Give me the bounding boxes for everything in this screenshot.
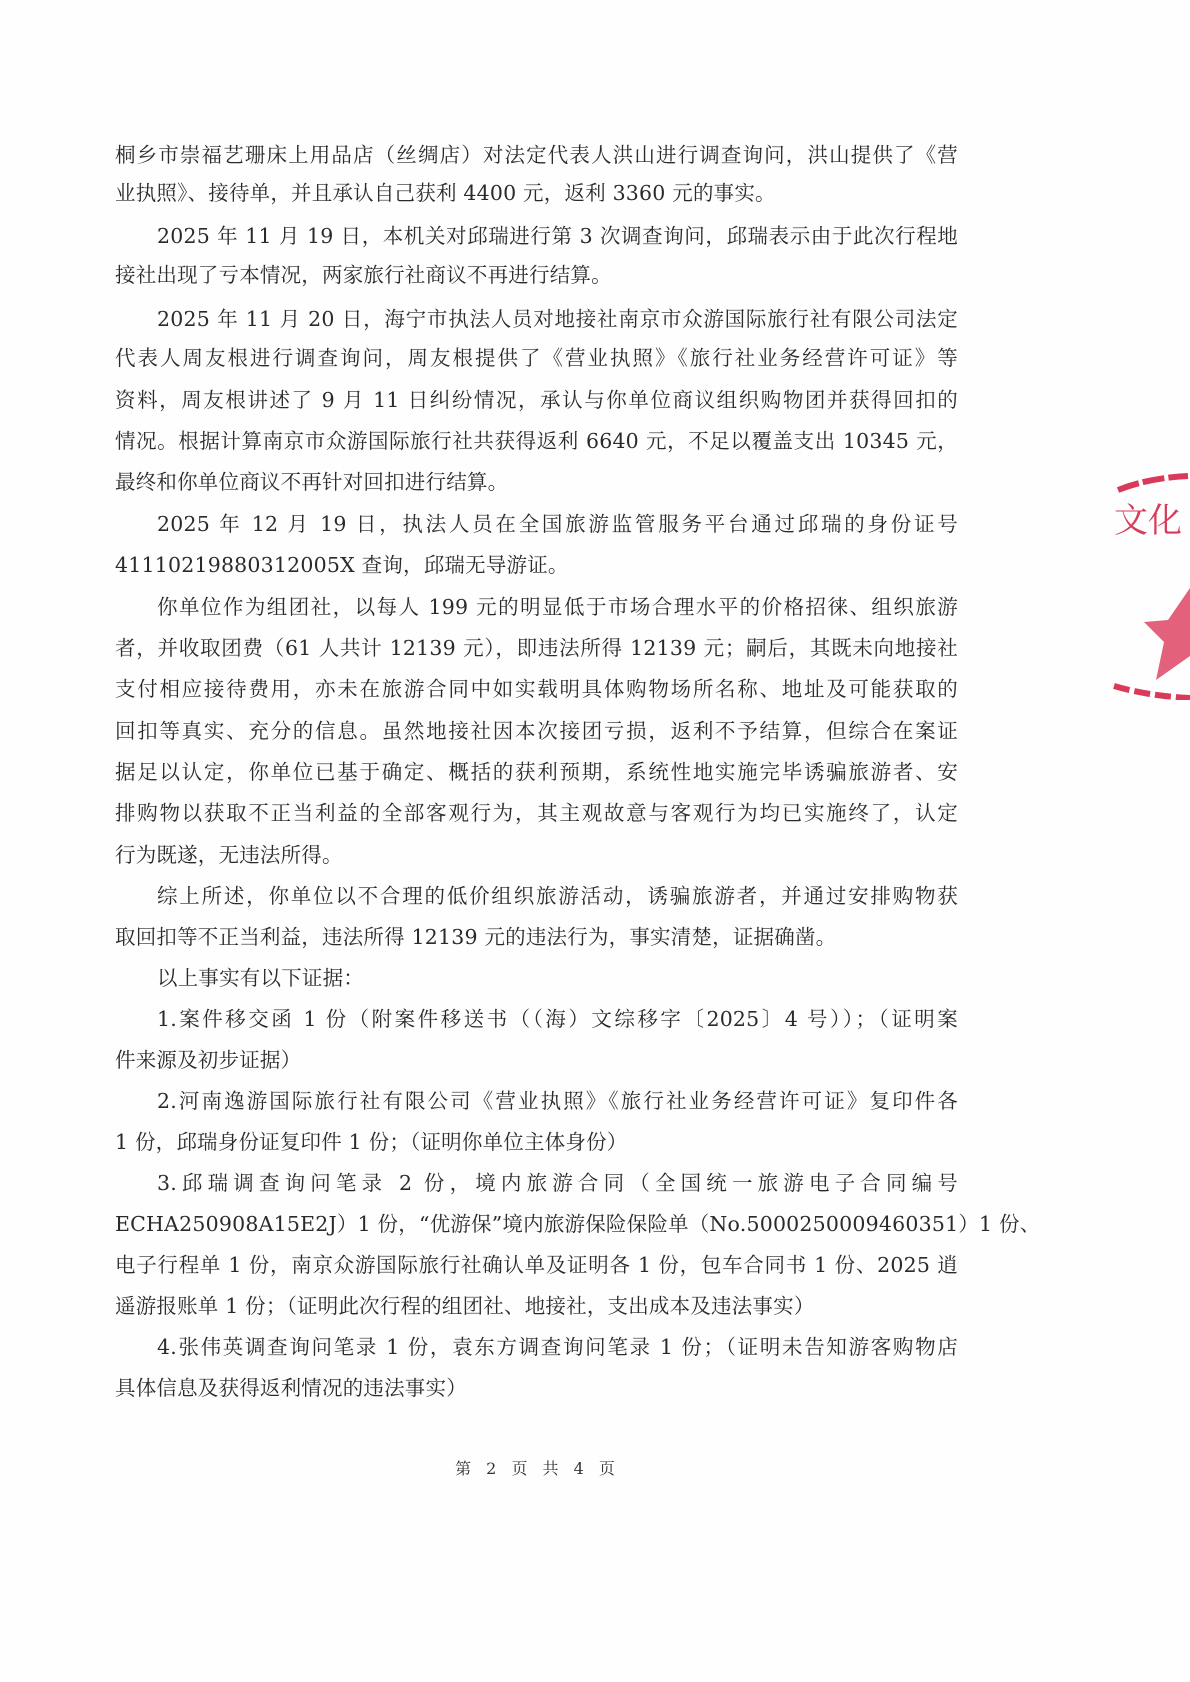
text-line: 具体信息及获得返利情况的违法事实） — [115, 1373, 958, 1403]
text-line: 支付相应接待费用，亦未在旅游合同中如实载明具体购物场所名称、地址及可能获取的 — [115, 674, 958, 704]
text-line: 4.张伟英调查询问笔录 1 份，袁东方调查询问笔录 1 份；（证明未告知游客购物… — [157, 1332, 958, 1362]
text-line: 情况。根据计算南京市众游国际旅行社共获得返利 6640 元，不足以覆盖支出 10… — [115, 426, 958, 456]
text-line: 者，并收取团费（61 人共计 12139 元），即违法所得 12139 元；嗣后… — [115, 633, 958, 663]
text-line: 行为既遂，无违法所得。 — [115, 840, 958, 870]
text-line: 排购物以获取不正当利益的全部客观行为，其主观故意与客观行为均已实施终了，认定 — [115, 798, 958, 828]
page-number: 第 2 页 共 4 页 — [0, 1456, 1075, 1479]
text-line: 代表人周友根进行调查询问，周友根提供了《营业执照》《旅行社业务经营许可证》等 — [115, 343, 958, 373]
text-line: ECHA250908A15E2J）1 份，“优游保”境内旅游保险保险单（No.5… — [115, 1209, 958, 1239]
text-line: 2025 年 11 月 20 日，海宁市执法人员对地接社南京市众游国际旅行社有限… — [157, 304, 958, 334]
document-page: 桐乡市崇福艺珊床上用品店（丝绸店）对法定代表人洪山进行调查询问，洪山提供了《营 … — [0, 0, 1190, 1682]
text-line: 2.河南逸游国际旅行社有限公司《营业执照》《旅行社业务经营许可证》复印件各 — [157, 1086, 958, 1116]
text-line: 桐乡市崇福艺珊床上用品店（丝绸店）对法定代表人洪山进行调查询问，洪山提供了《营 — [115, 140, 958, 170]
text-line: 以上事实有以下证据： — [157, 963, 958, 993]
text-line: 遥游报账单 1 份；（证明此次行程的组团社、地接社，支出成本及违法事实） — [115, 1291, 958, 1321]
official-seal-stamp-icon: 文化 — [1108, 470, 1190, 700]
text-line: 电子行程单 1 份，南京众游国际旅行社确认单及证明各 1 份，包车合同书 1 份… — [115, 1250, 958, 1280]
text-line: 据足以认定，你单位已基于确定、概括的获利预期，系统性地实施完毕诱骗旅游者、安 — [115, 757, 958, 787]
text-line: 1 份，邱瑞身份证复印件 1 份；（证明你单位主体身份） — [115, 1127, 958, 1157]
text-line: 41110219880312005X 查询，邱瑞无导游证。 — [115, 550, 958, 580]
text-line: 2025 年 12 月 19 日，执法人员在全国旅游监管服务平台通过邱瑞的身份证… — [157, 509, 958, 539]
text-line: 综上所述，你单位以不合理的低价组织旅游活动，诱骗旅游者，并通过安排购物获 — [157, 881, 958, 911]
text-line: 回扣等真实、充分的信息。虽然地接社因本次接团亏损，返利不予结算，但综合在案证 — [115, 716, 958, 746]
text-line: 1.案件移交函 1 份（附案件移送书（（海）文综移字〔2025〕4 号））；（证… — [157, 1004, 958, 1034]
text-line: 你单位作为组团社，以每人 199 元的明显低于市场合理水平的价格招徕、组织旅游 — [157, 592, 958, 622]
text-line: 业执照》、接待单，并且承认自己获利 4400 元，返利 3360 元的事实。 — [115, 178, 958, 208]
text-line: 取回扣等不正当利益，违法所得 12139 元的违法行为，事实清楚，证据确凿。 — [115, 922, 958, 952]
text-line: 接社出现了亏本情况，两家旅行社商议不再进行结算。 — [115, 260, 958, 290]
text-line: 3.邱瑞调查询问笔录 2 份，境内旅游合同（全国统一旅游电子合同编号 — [157, 1168, 958, 1198]
text-line: 件来源及初步证据） — [115, 1045, 958, 1075]
stamp-text: 文化 — [1114, 501, 1182, 541]
text-line: 最终和你单位商议不再针对回扣进行结算。 — [115, 467, 958, 497]
text-line: 2025 年 11 月 19 日，本机关对邱瑞进行第 3 次调查询问，邱瑞表示由… — [157, 221, 958, 251]
text-line: 资料，周友根讲述了 9 月 11 日纠纷情况，承认与你单位商议组织购物团并获得回… — [115, 385, 958, 415]
